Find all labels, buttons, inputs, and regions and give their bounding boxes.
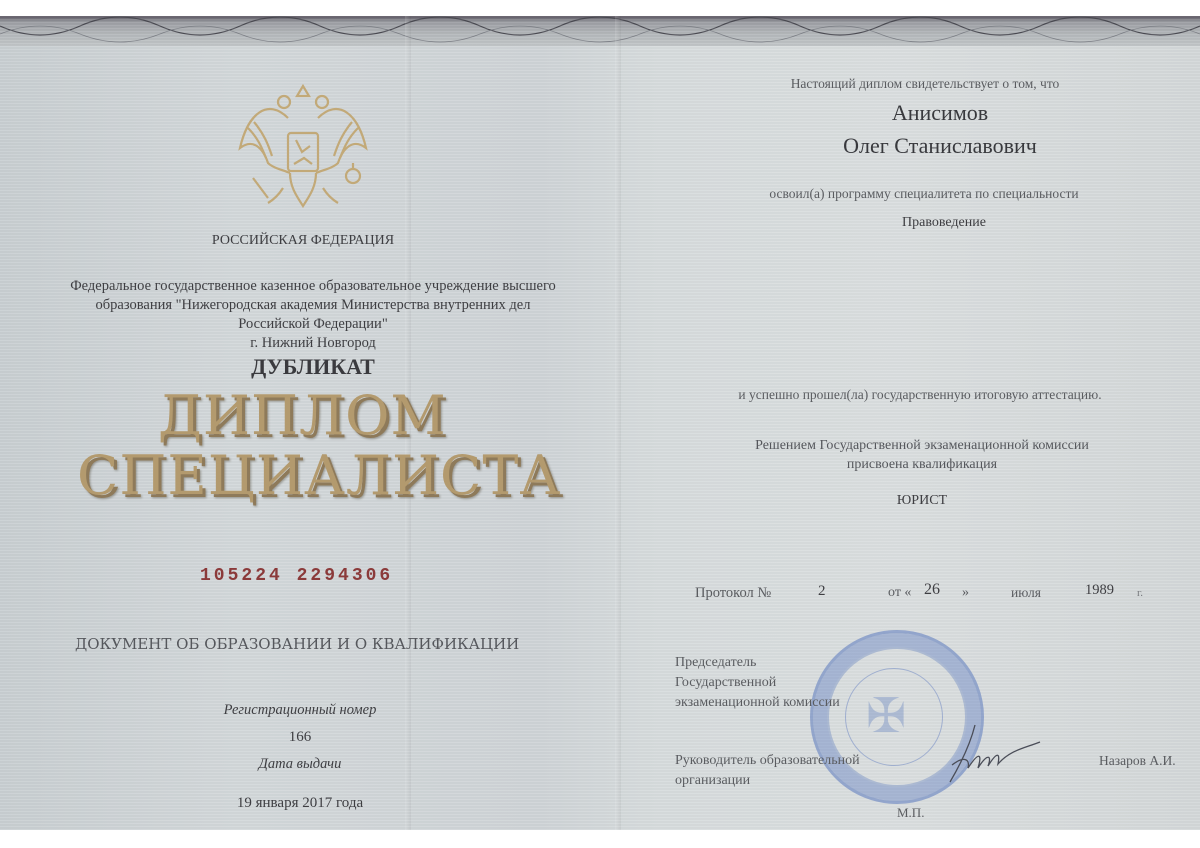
country-name: РОССИЙСКАЯ ФЕДЕРАЦИЯ: [212, 233, 394, 249]
institution-line-3: Российской Федерации": [238, 316, 387, 333]
protocol-month: июля: [1011, 585, 1041, 601]
registration-number: 166: [289, 729, 312, 746]
head-line-2: организации: [675, 773, 750, 789]
chair-line-2: Государственной: [675, 675, 776, 691]
protocol-from-label: от «: [888, 585, 911, 601]
decision-line-1: Решением Государственной экзаменационной…: [755, 438, 1089, 454]
serial-number: 105224 2294306: [200, 566, 393, 586]
institution-line-2: образования "Нижегородская академия Мини…: [96, 297, 531, 314]
issue-date: 19 января 2017 года: [237, 795, 363, 812]
registration-number-label: Регистрационный номер: [224, 702, 377, 719]
signature: [940, 720, 1050, 790]
stamp-eagle-icon: ✠: [866, 688, 906, 744]
chair-line-1: Председатель: [675, 655, 756, 671]
program-text: освоил(а) программу специалитета по спец…: [769, 186, 1078, 202]
head-line-1: Руководитель образовательной: [675, 753, 860, 769]
paper-fold: [615, 16, 621, 830]
duplicate-label: ДУБЛИКАТ: [251, 354, 375, 380]
issue-date-label: Дата выдачи: [259, 756, 342, 773]
chair-line-3: экзаменационной комиссии: [675, 695, 840, 711]
protocol-close-quote: »: [962, 585, 969, 601]
protocol-label: Протокол №: [695, 585, 771, 602]
graduate-given-names: Олег Станиславович: [843, 133, 1037, 159]
protocol-number: 2: [818, 583, 826, 600]
russian-coat-of-arms-icon: [228, 78, 378, 213]
diploma-title-line2: СПЕЦИАЛИСТА: [77, 444, 561, 507]
seal-label: М.П.: [897, 805, 924, 821]
document-type: ДОКУМЕНТ ОБ ОБРАЗОВАНИИ И О КВАЛИФИКАЦИИ: [75, 635, 519, 653]
protocol-year: 1989: [1085, 582, 1114, 599]
protocol-year-suffix: г.: [1137, 587, 1143, 599]
institution-line-1: Федеральное государственное казенное обр…: [70, 278, 556, 295]
guilloche-pattern-icon: [0, 16, 1200, 46]
diploma-title-line1: ДИПЛОМ: [158, 384, 447, 447]
protocol-day: 26: [924, 581, 940, 599]
attestation-text: и успешно прошел(ла) государственную ито…: [738, 387, 1101, 403]
institution-city: г. Нижний Новгород: [250, 335, 376, 352]
graduate-surname: Анисимов: [892, 100, 988, 126]
qualification: ЮРИСТ: [897, 493, 947, 509]
decision-line-2: присвоена квалификация: [847, 457, 997, 473]
specialty: Правоведение: [902, 215, 986, 231]
intro-text: Настоящий диплом свидетельствует о том, …: [791, 76, 1060, 92]
head-name: Назаров А.И.: [1099, 753, 1176, 769]
decorative-border: [0, 16, 1200, 46]
